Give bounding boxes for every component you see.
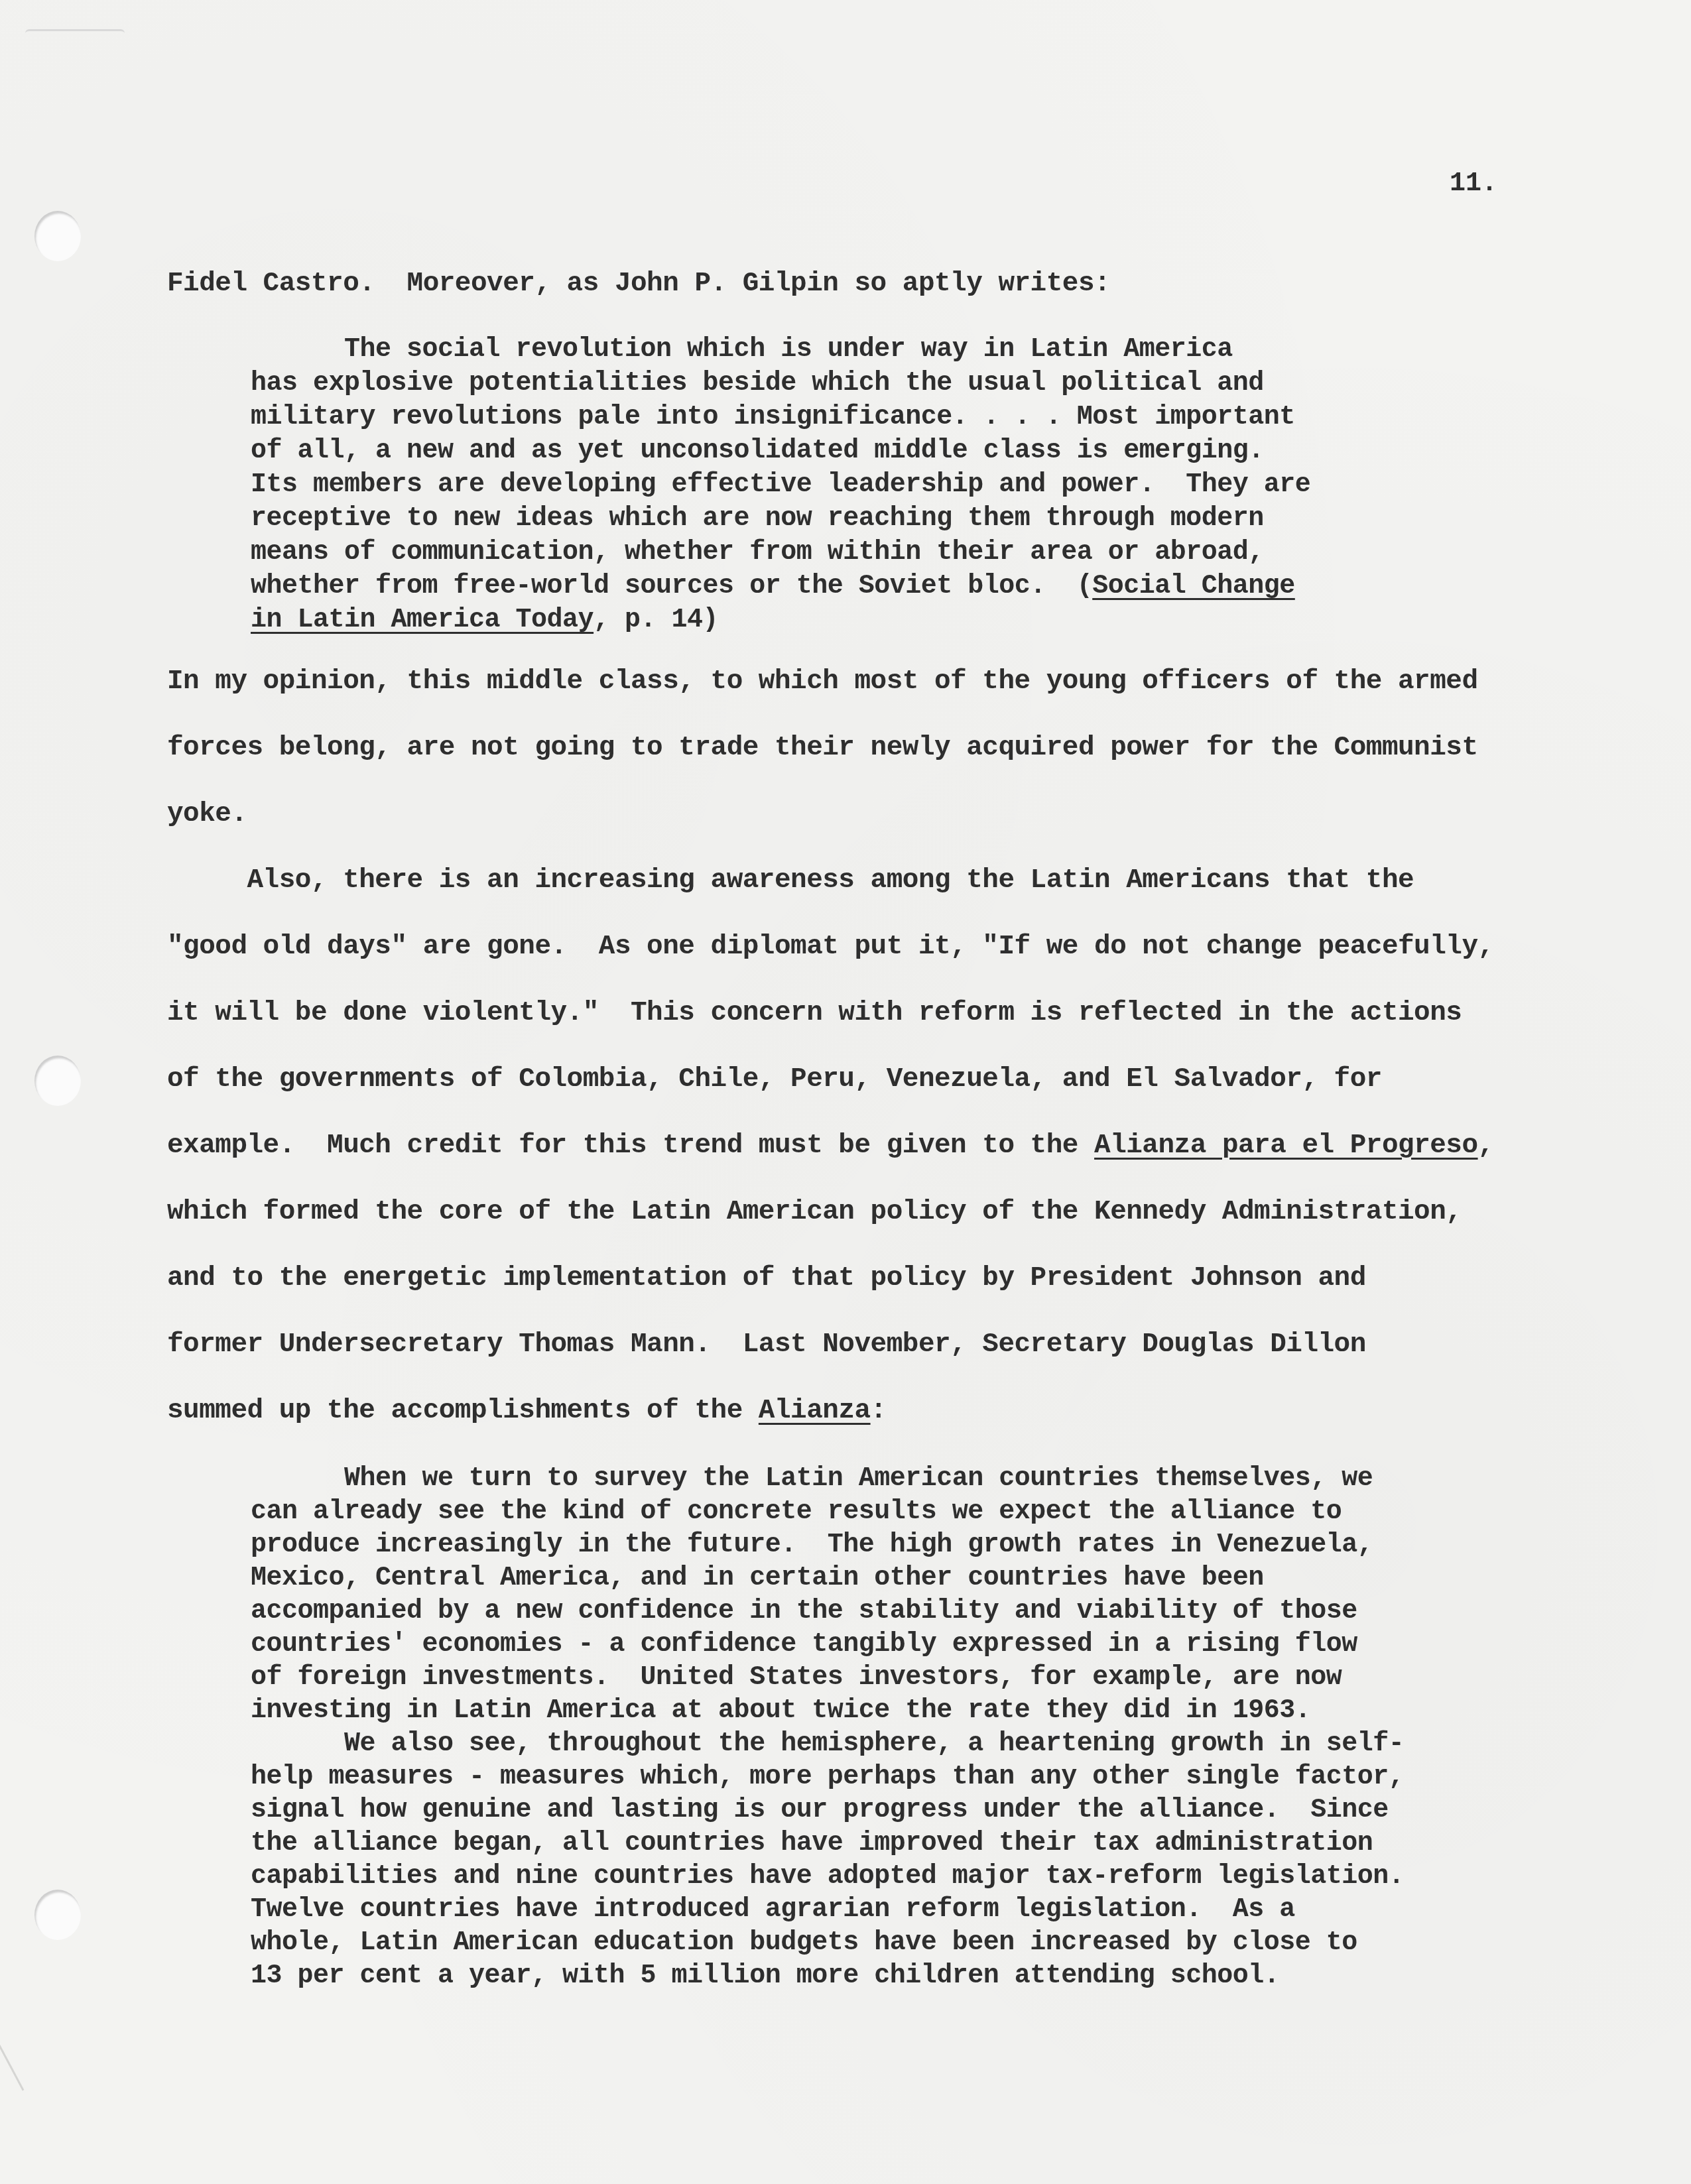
- quote-line: The social revolution which is under way…: [251, 335, 1233, 365]
- quote-line: means of communication, whether from wit…: [251, 538, 1264, 568]
- quote-line: of foreign investments. United States in…: [251, 1663, 1342, 1693]
- body-line: of the governments of Colombia, Chile, P…: [167, 1064, 1382, 1095]
- quote-line: Mexico, Central America, and in certain …: [251, 1563, 1264, 1593]
- body-line: Also, there is an increasing awareness a…: [167, 865, 1414, 896]
- alianza-title: Alianza para el Progreso: [1094, 1130, 1478, 1161]
- quote-line: Its members are developing effective lea…: [251, 470, 1310, 500]
- quote-line: 13 per cent a year, with 5 million more …: [251, 1961, 1279, 1991]
- quote-line: help measures - measures which, more per…: [251, 1762, 1404, 1792]
- quote-line: receptive to new ideas which are now rea…: [251, 504, 1264, 534]
- quote-line: produce increasingly in the future. The …: [251, 1530, 1373, 1560]
- body-line: example. Much credit for this trend must…: [167, 1130, 1494, 1161]
- quote-line: in Latin America Today, p. 14): [251, 605, 718, 635]
- body-line: In my opinion, this middle class, to whi…: [167, 666, 1478, 697]
- page-number: 11.: [1450, 169, 1497, 199]
- quote-line: has explosive potentialities beside whic…: [251, 369, 1264, 398]
- quote-line: whole, Latin American education budgets …: [251, 1928, 1357, 1958]
- body-line: forces belong, are not going to trade th…: [167, 733, 1478, 763]
- opening-line: Fidel Castro. Moreover, as John P. Gilpi…: [167, 269, 1110, 299]
- quote-line: of all, a new and as yet unconsolidated …: [251, 436, 1264, 466]
- quote-line: whether from free-world sources or the S…: [251, 572, 1295, 601]
- citation-title: in Latin America Today: [251, 605, 594, 635]
- quote-line: When we turn to survey the Latin America…: [251, 1464, 1373, 1494]
- body-line: it will be done violently." This concern…: [167, 998, 1462, 1028]
- punch-hole-middle: [34, 1056, 81, 1106]
- quote-line: Twelve countries have introduced agraria…: [251, 1895, 1295, 1925]
- body-line: former Undersecretary Thomas Mann. Last …: [167, 1329, 1366, 1360]
- quote-line: accompanied by a new confidence in the s…: [251, 1597, 1357, 1626]
- quote-line: the alliance began, all countries have i…: [251, 1829, 1373, 1858]
- citation-title: Social Change: [1092, 572, 1295, 601]
- body-line: summed up the accomplishments of the Ali…: [167, 1396, 887, 1426]
- quote-line: investing in Latin America at about twic…: [251, 1696, 1310, 1726]
- body-line: and to the energetic implementation of t…: [167, 1263, 1366, 1294]
- staple-mark: [25, 29, 125, 42]
- quote-line: military revolutions pale into insignifi…: [251, 402, 1295, 432]
- body-line: yoke.: [167, 799, 247, 829]
- quote-line: countries' economies - a confidence tang…: [251, 1630, 1357, 1660]
- body-line: which formed the core of the Latin Ameri…: [167, 1197, 1462, 1227]
- quote-line: signal how genuine and lasting is our pr…: [251, 1795, 1389, 1825]
- body-line: "good old days" are gone. As one diploma…: [167, 932, 1494, 962]
- quote-line: can already see the kind of concrete res…: [251, 1497, 1342, 1527]
- punch-hole-bottom: [34, 1890, 81, 1940]
- quote-line: capabilities and nine countries have ado…: [251, 1862, 1404, 1892]
- quote-line: We also see, throughout the hemisphere, …: [251, 1729, 1404, 1759]
- punch-hole-top: [34, 211, 81, 261]
- alianza-title: Alianza: [759, 1396, 871, 1426]
